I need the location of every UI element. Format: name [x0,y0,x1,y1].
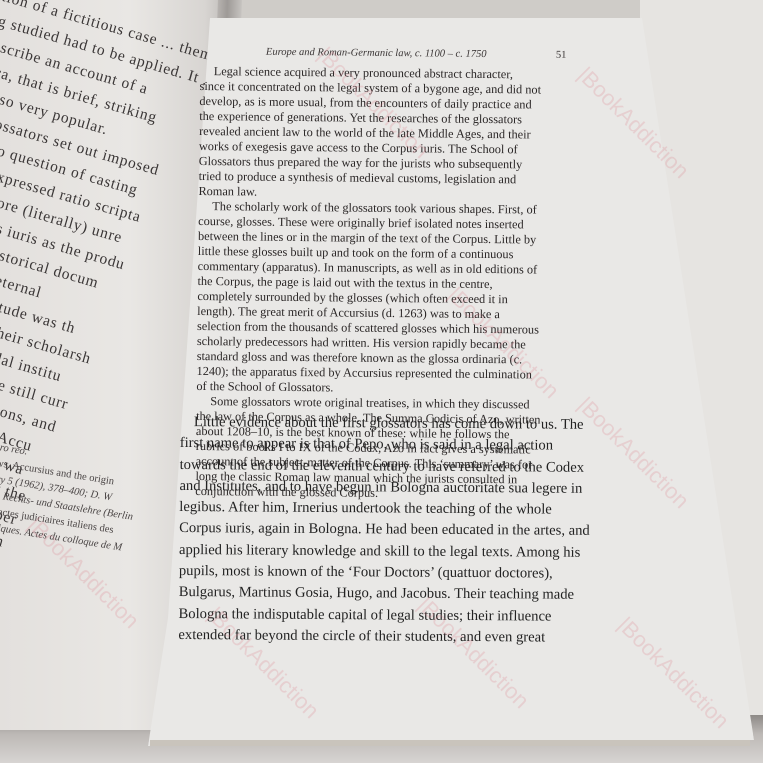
text-line: and Institutes, and to have begun in Bol… [179,476,619,500]
page-edge [150,740,750,746]
text-line: towards the end of the eleventh century … [180,455,620,479]
paragraph-1: Legal science acquired a very pronounced… [198,64,619,203]
text-line: applied his literary knowledge and skill… [179,540,619,564]
paragraph-4: Little evidence about the first glossato… [178,412,620,649]
running-head-title: Europe and Roman-Germanic law, c. 1100 –… [266,47,487,60]
text-line: first name to appear is that of Pepo, wh… [180,433,620,457]
text-line: legibus. After him, Irnerius undertook t… [179,497,619,521]
text-line: Bologna the indisputable capital of lega… [179,604,619,628]
text-line: pupils, most is known of the ‘Four Docto… [179,561,619,585]
text-line: Bulgarus, Martinus Gosia, Hugo, and Jaco… [179,582,619,606]
text-line: extended far beyond the circle of their … [178,625,618,649]
text-line: Corpus iuris, again in Bologna. He had b… [179,518,619,542]
page-number: 51 [556,50,567,61]
text-line: Little evidence about the first glossato… [180,412,620,436]
paragraph-2: The scholarly work of the glossators too… [196,199,618,398]
